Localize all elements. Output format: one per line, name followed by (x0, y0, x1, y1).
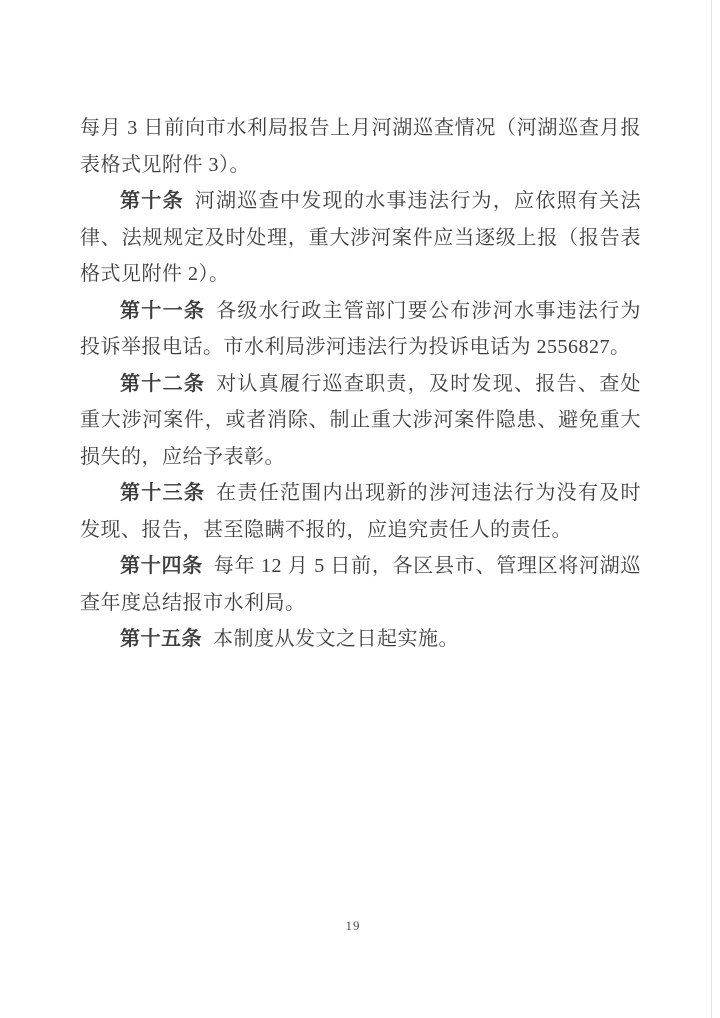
article-number: 第十四条 (120, 555, 203, 577)
scan-edge-line (711, 0, 712, 1018)
article-number: 第十三条 (120, 482, 205, 504)
paragraph-text: 每月 3 日前向市水利局报告上月河湖巡查情况（河湖巡查月报表格式见附件 3）。 (80, 117, 641, 176)
article-number: 第十二条 (120, 373, 205, 395)
paragraph-article-12: 第十二条对认真履行巡查职责，及时发现、报告、查处重大涉河案件，或者消除、制止重大… (80, 366, 641, 476)
document-body: 每月 3 日前向市水利局报告上月河湖巡查情况（河湖巡查月报表格式见附件 3）。 … (80, 110, 641, 658)
page-number: 19 (0, 918, 706, 934)
paragraph-article-15: 第十五条本制度从发文之日起实施。 (80, 621, 641, 658)
document-page: 每月 3 日前向市水利局报告上月河湖巡查情况（河湖巡查月报表格式见附件 3）。 … (0, 0, 720, 1018)
paragraph-article-10: 第十条河湖巡查中发现的水事违法行为，应依照有关法律、法规规定及时处理，重大涉河案… (80, 183, 641, 293)
article-number: 第十五条 (120, 628, 202, 650)
paragraph-continuation: 每月 3 日前向市水利局报告上月河湖巡查情况（河湖巡查月报表格式见附件 3）。 (80, 110, 641, 183)
article-number: 第十一条 (120, 300, 205, 322)
paragraph-text: 本制度从发文之日起实施。 (213, 628, 459, 650)
paragraph-article-11: 第十一条各级水行政主管部门要公布涉河水事违法行为投诉举报电话。市水利局涉河违法行… (80, 293, 641, 366)
article-number: 第十条 (120, 190, 184, 212)
paragraph-article-13: 第十三条在责任范围内出现新的涉河违法行为没有及时发现、报告，甚至隐瞒不报的，应追… (80, 475, 641, 548)
paragraph-article-14: 第十四条每年 12 月 5 日前，各区县市、管理区将河湖巡查年度总结报市水利局。 (80, 548, 641, 621)
